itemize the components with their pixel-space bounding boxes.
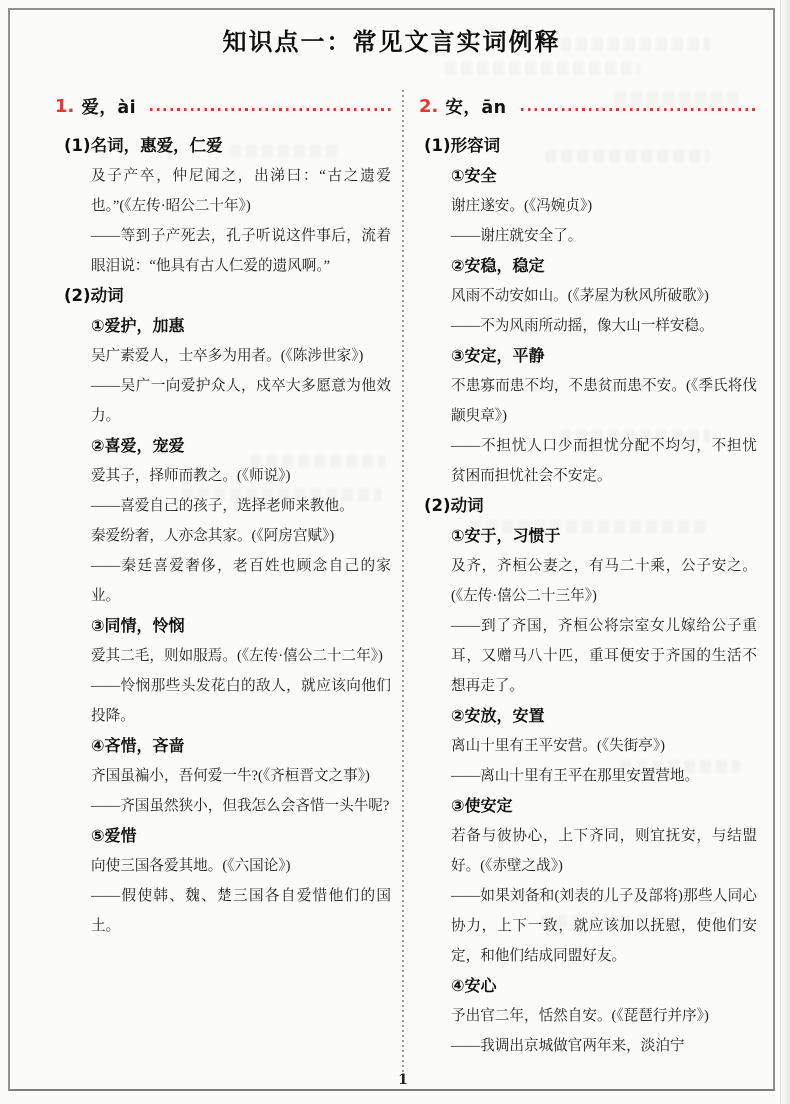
entry-body-ai: (1)名词，惠爱，仁爱及子产卒，仲尼闻之，出涕曰：“古之遗爱也。”(《左传·昭公…: [55, 131, 391, 941]
translation-paragraph: ——怜悯那些头发花白的敌人，就应该向他们投降。: [91, 671, 391, 731]
example-paragraph: 向使三国各爱其地。(《六国论》): [91, 851, 391, 881]
entry-number: 2.: [419, 96, 438, 117]
example-paragraph: 谢庄遂安。(《冯婉贞》): [451, 191, 757, 221]
sense-heading: ②喜爱，宠爱: [91, 431, 391, 461]
book-page: 知识点一：常见文言实词例释 1. 爱，ài 2. 安，ān (1)名词，惠爱，仁…: [0, 0, 790, 1104]
example-paragraph: 风雨不动安如山。(《茅屋为秋风所破歌》): [451, 281, 757, 311]
entry-number: 1.: [55, 96, 74, 117]
translation-paragraph: ——离山十里有王平在那里安置营地。: [451, 761, 757, 791]
page-edge-shadow: [780, 0, 790, 1104]
entry-word: 爱，ài: [81, 94, 136, 119]
sense-heading: ①爱护，加惠: [91, 311, 391, 341]
translation-paragraph: ——喜爱自己的孩子，选择老师来教他。: [91, 491, 391, 521]
example-paragraph: 若备与彼协心，上下齐同，则宜抚安，与结盟好。(《赤壁之战》): [451, 821, 757, 881]
sense-heading: ②安稳，稳定: [451, 251, 757, 281]
translation-paragraph: ——吴广一向爱护众人，戍卒大多愿意为他效力。: [91, 371, 391, 431]
entry-header-an: 2. 安，ān: [419, 93, 757, 119]
example-paragraph: 爱其子，择师而教之。(《师说》): [91, 461, 391, 491]
translation-paragraph: ——谢庄就安全了。: [451, 221, 757, 251]
entry-header-ai: 1. 爱，ài: [55, 93, 391, 119]
sense-heading: ①安全: [451, 161, 757, 191]
entry-word: 安，ān: [445, 94, 506, 119]
example-paragraph: 及齐，齐桓公妻之，有马二十乘，公子安之。(《左传·僖公二十三年》): [451, 551, 757, 611]
sense-heading: ④安心: [451, 971, 757, 1001]
example-paragraph: 齐国虽褊小，吾何爱一牛?(《齐桓晋文之事》): [91, 761, 391, 791]
page-title: 知识点一：常见文言实词例释: [0, 22, 783, 57]
translation-paragraph: ——等到子产死去，孔子听说这件事后，流着眼泪说：“他具有古人仁爱的遗风啊。”: [91, 221, 391, 281]
translation-paragraph: ——到了齐国，齐桓公将宗室女儿嫁给公子重耳，又赠马八十匹，重耳便安于齐国的生活不…: [451, 611, 757, 701]
section-label: (1)名词，惠爱，仁爱: [64, 131, 391, 161]
example-paragraph: 爱其二毛，则如服焉。(《左传·僖公二十二年》): [91, 641, 391, 671]
column-divider: [402, 90, 404, 1083]
example-paragraph: 秦爱纷奢，人亦念其家。(《阿房宫赋》): [91, 521, 391, 551]
sense-heading: ③同情，怜悯: [91, 611, 391, 641]
sense-heading: ②安放，安置: [451, 701, 757, 731]
entry-body-an: (1)形容词①安全谢庄遂安。(《冯婉贞》)——谢庄就安全了。②安稳，稳定风雨不动…: [419, 131, 757, 1061]
translation-paragraph: ——齐国虽然狭小，但我怎么会吝惜一头牛呢?: [91, 791, 391, 821]
example-paragraph: 离山十里有王平安营。(《失街亭》): [451, 731, 757, 761]
section-label: (2)动词: [424, 491, 757, 521]
example-paragraph: 吴广素爱人，士卒多为用者。(《陈涉世家》): [91, 341, 391, 371]
translation-paragraph: ——我调出京城做官两年来，淡泊宁: [451, 1031, 757, 1061]
translation-paragraph: ——如果刘备和(刘表的儿子及部将)那些人同心协力，上下一致，就应该加以抚慰，使他…: [451, 881, 757, 971]
translation-paragraph: ——假使韩、魏、楚三国各自爱惜他们的国土。: [91, 881, 391, 941]
example-paragraph: 不患寡而患不均，不患贫而患不安。(《季氏将伐颛臾章》): [451, 371, 757, 431]
translation-paragraph: ——秦廷喜爱奢侈，老百姓也顾念自己的家业。: [91, 551, 391, 611]
sense-heading: ④吝惜，吝啬: [91, 731, 391, 761]
dotted-leader: [150, 108, 391, 111]
section-label: (2)动词: [64, 281, 391, 311]
page-number: 1: [394, 1072, 412, 1088]
dotted-leader: [521, 108, 757, 111]
section-label: (1)形容词: [424, 131, 757, 161]
sense-heading: ③使安定: [451, 791, 757, 821]
translation-paragraph: ——不为风雨所动摇，像大山一样安稳。: [451, 311, 757, 341]
sense-heading: ①安于，习惯于: [451, 521, 757, 551]
sense-heading: ③安定，平静: [451, 341, 757, 371]
example-paragraph: 及子产卒，仲尼闻之，出涕曰：“古之遗爱也。”(《左传·昭公二十年》): [91, 161, 391, 221]
example-paragraph: 予出官二年，恬然自安。(《琵琶行并序》): [451, 1001, 757, 1031]
sense-heading: ⑤爱惜: [91, 821, 391, 851]
translation-paragraph: ——不担忧人口少而担忧分配不均匀，不担忧贫困而担忧社会不安定。: [451, 431, 757, 491]
print-bleedthrough: [445, 62, 640, 75]
